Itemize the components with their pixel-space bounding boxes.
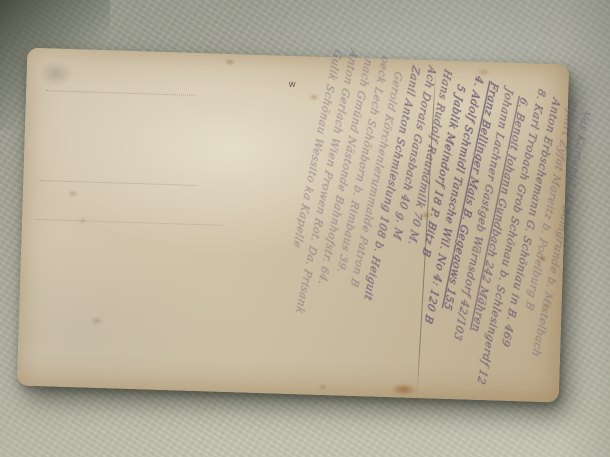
photo-of-postcard-on-fabric: w Vas Kartenbl. U Bamgrunde b. Mistelbac… [0,0,610,457]
address-dotted-line [39,180,197,186]
address-dotted-line [36,219,224,226]
address-dotted-line [46,90,196,96]
postcard-back: w Vas Kartenbl. U Bamgrunde b. Mistelbac… [17,48,569,403]
stain [32,56,79,91]
stain [223,58,237,66]
handwriting-lines: Vas Kartenbl. U Bamgrunde b. MistelbachE… [263,45,597,424]
stain [89,316,105,326]
stain [67,189,79,198]
stain [317,383,329,391]
printed-corner-mark: w [288,80,296,90]
